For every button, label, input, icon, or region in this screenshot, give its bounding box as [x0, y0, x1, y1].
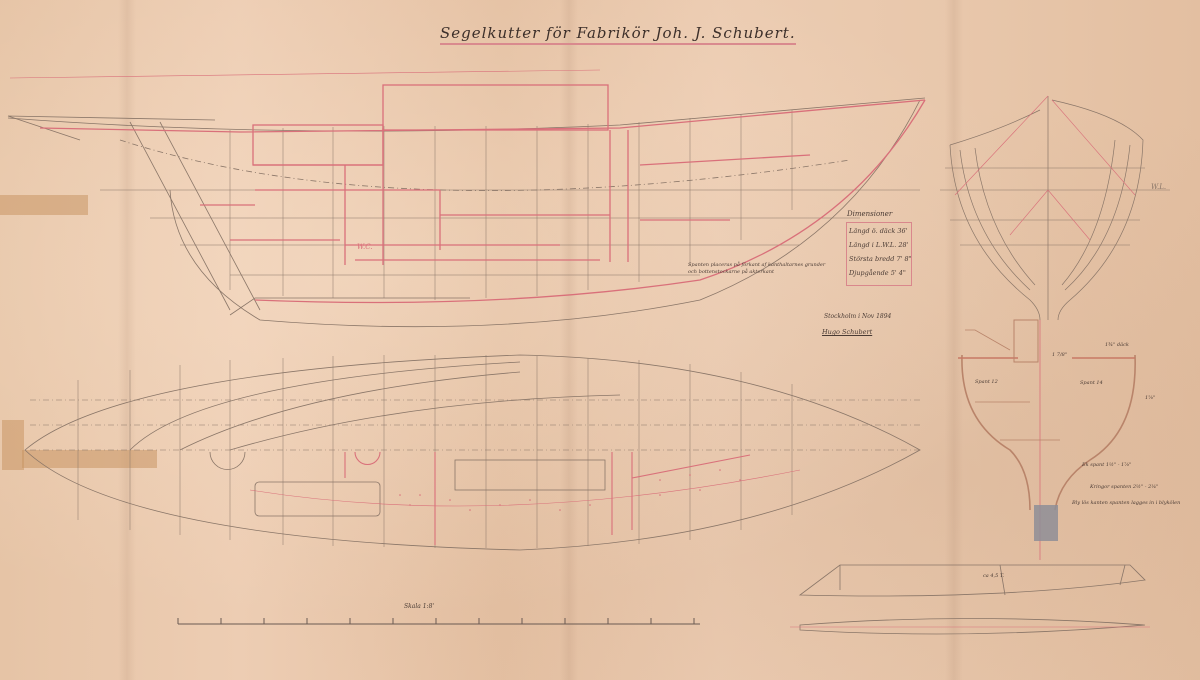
dimension-value: 5' 4" — [891, 269, 906, 277]
dimension-value: 36' — [897, 227, 907, 235]
wc-label: W.C. — [357, 243, 373, 251]
dimension-row: Största bredd 7' 8" — [849, 255, 912, 263]
dimension-label: Största bredd — [849, 255, 894, 263]
drawing-sheet: Segelkutter för Fabrikör Joh. J. Schuber… — [0, 0, 1200, 680]
spant-14-label: Spant 14 — [1080, 380, 1103, 386]
dimensions-heading: Dimensioner — [847, 210, 892, 218]
signature-place-date: Stockholm i Nov 1894 — [824, 313, 891, 320]
deck-thickness-note: 1¾" däck — [1105, 342, 1129, 348]
ship-plan-svg — [0, 0, 1200, 680]
wl-label: W.L. — [1151, 183, 1166, 191]
dimension-value: 28' — [898, 241, 908, 249]
drawing-title: Segelkutter för Fabrikör Joh. J. Schuber… — [440, 24, 796, 45]
spant-note: Spanten placeras på förkant af kanthalta… — [688, 262, 825, 268]
dimension-label: Längd i L.W.L. — [849, 241, 896, 249]
dimension-label: Djupgående — [849, 269, 889, 277]
dimension-row: Längd i L.W.L. 28' — [849, 241, 908, 249]
lead-keel-note: Bly lös kanten spanten lagges in i blykö… — [1072, 500, 1180, 506]
body-plan-view — [940, 96, 1170, 320]
spant-note: och bottenstockarne på akterkant — [688, 269, 774, 275]
lead-keel — [1034, 505, 1058, 541]
scale-bar — [178, 618, 700, 624]
dimension-label: Längd ö. däck — [849, 227, 895, 235]
dimension-row: Djupgående 5' 4" — [849, 269, 906, 277]
keel-detail-view — [790, 565, 1150, 634]
keel-weight-note: ca 4,5 T. — [983, 573, 1004, 579]
dimension-row: Längd ö. däck 36' — [849, 227, 907, 235]
signature-name: Hugo Schubert — [822, 328, 872, 336]
plan-view — [25, 355, 920, 550]
dimension-value: 7' 8" — [897, 255, 912, 263]
profile-view — [8, 70, 925, 327]
plan-interior-red — [250, 452, 800, 545]
frame-note: Ek spant 1½" - 1⅞" — [1082, 462, 1131, 468]
frame-note: Kringor spanten 2½" - 2¼" — [1090, 484, 1158, 490]
spant-12-label: Spant 12 — [975, 379, 998, 385]
scale-label: Skala 1:8' — [404, 603, 434, 610]
dimension-note: 1⅝" — [1145, 395, 1155, 401]
dimension-note: 1 7/8" — [1052, 352, 1067, 358]
